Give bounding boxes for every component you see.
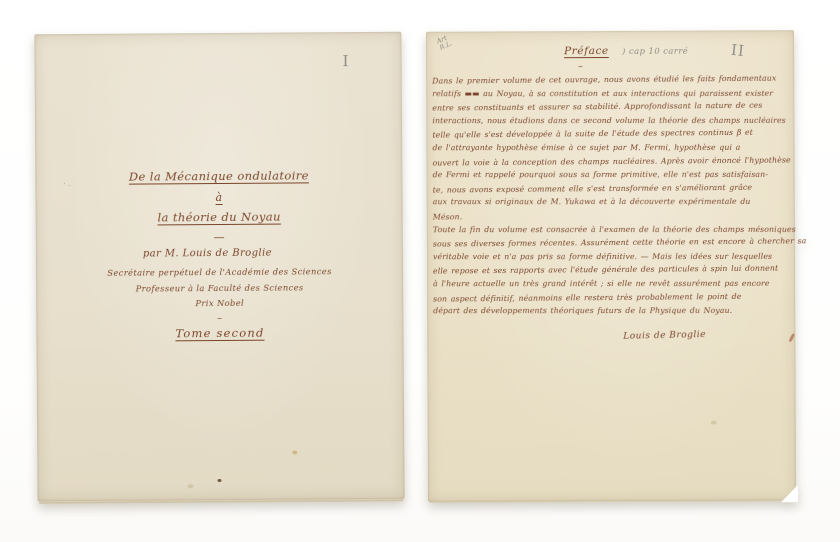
body-line: Méson. [433,207,791,224]
signature: Louis de Broglie [623,330,706,342]
stain-spot [711,421,717,425]
title-separator: — [36,230,403,246]
body-line: de Fermi et rappelé pourquoi sous sa for… [433,168,791,182]
manuscript-page-left: I · . De la Mécanique ondulatoire à la t… [34,32,404,502]
preface-heading: Préface [564,45,609,57]
title-line-1: De la Mécanique ondulatoire [35,168,402,185]
heading-dash: – [578,62,583,72]
body-line: à l'heure actuelle un très grand intérêt… [433,277,791,291]
title-line-2: à [35,190,402,206]
body-line: départ des développements théoriques fut… [433,304,791,318]
stain-spot [788,333,795,342]
pencil-typesetting-note: ) cap 10 carré [622,47,688,57]
credential-line-1: Secrétaire perpétuel de l'Académie des S… [36,266,403,279]
body-line: Dans le premier volume de cet ouvrage, n… [432,71,790,88]
credential-line-3: Prix Nobel [36,297,403,310]
stain-spot [217,479,221,482]
page-number-left: I [343,52,350,70]
credential-separator: – [36,312,403,326]
body-line: de l'attrayante hypothèse émise à ce suj… [432,141,790,155]
manuscript-page-right: Art R.L. Préface ) cap 10 carré – II Dan… [426,30,796,502]
pencil-corner-note: Art R.L. [436,34,454,52]
stain-spot [292,450,297,454]
preface-body: Dans le premier volume de cet ouvrage, n… [432,72,791,318]
body-line: sous ses diverses formes récentes. Assur… [433,235,791,252]
volume-label: Tome second [36,325,403,342]
page-number-right: II [730,41,746,60]
credential-line-2: Professeur à la Faculté des Sciences [36,282,403,295]
body-line: entre ses constituants et assurer sa sta… [432,99,790,116]
title-line-3: la théorie du Noyau [36,209,403,226]
byline: par M. Louis de Broglie [24,247,391,261]
stain-spot [188,484,194,488]
photo-background: I · . De la Mécanique ondulatoire à la t… [0,0,840,542]
